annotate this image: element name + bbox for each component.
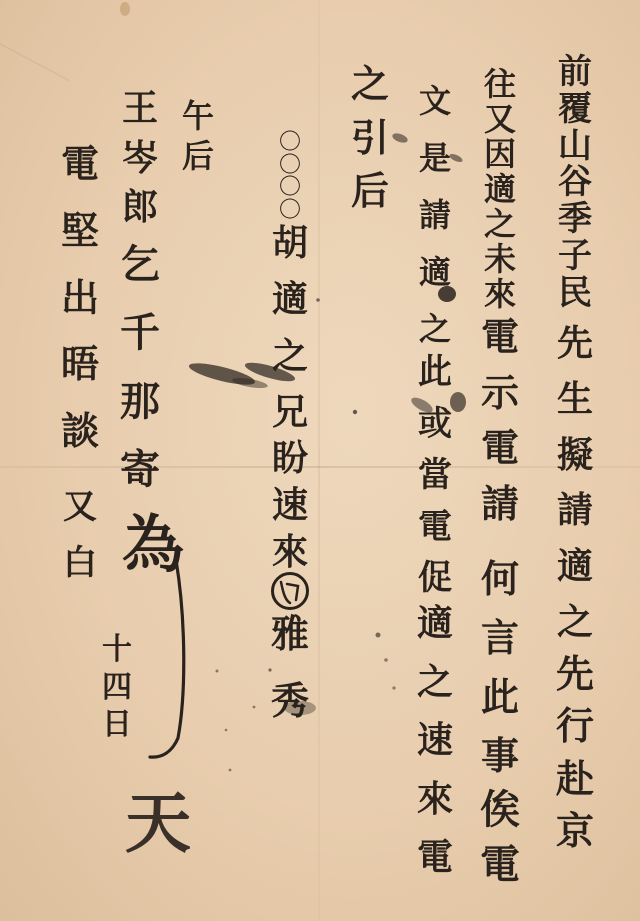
ink-speck — [353, 410, 357, 414]
ink-speck — [253, 706, 256, 709]
ink-speck — [384, 658, 388, 662]
column-5-segment-4: 雅秀 — [263, 615, 317, 720]
letter-date: 十四日 — [90, 635, 144, 740]
vertical-fold-crease — [318, 0, 320, 921]
column-1-segment-3: 先行赴京 — [548, 655, 602, 850]
column-2-segment-4: 俟電 — [473, 790, 527, 885]
ink-marks — [0, 0, 640, 921]
column-5-segment-3: 盼速來 — [263, 440, 317, 570]
letter-paper: 前覆山谷季子民 先生擬請適之 先行赴京 往又因適之未來 電示電請 何言此事 俟電… — [0, 0, 640, 921]
ink-speck — [376, 633, 381, 638]
circled-mark — [271, 572, 309, 610]
ink-speck — [392, 686, 395, 689]
column-3-segment-3: 適之速來電 — [408, 605, 462, 875]
column-1-segment-2: 先生擬請適之 — [548, 325, 602, 640]
ink-smear — [187, 359, 256, 389]
corner-crease — [0, 38, 70, 81]
column-5-placeholder-circles: 〇〇〇〇 — [263, 132, 317, 222]
column-2-segment-2: 電示電請 — [473, 318, 527, 523]
column-5-segment-2: 胡適之兄 — [263, 225, 317, 430]
column-6-segment-1: 午后 — [171, 100, 225, 172]
column-1-segment-1: 前覆山谷季子民 — [548, 55, 602, 310]
column-2-segment-1: 往又因適之未來 — [473, 68, 527, 310]
column-8-segment-2: 又白 — [53, 490, 107, 580]
column-3-segment-1: 文是請適之 — [408, 85, 462, 345]
paper-stain — [120, 2, 130, 16]
column-7-segment-2: 乞千那寄 — [113, 245, 167, 490]
column-7-segment-1: 王岑郎 — [113, 90, 167, 225]
ink-speck — [225, 729, 228, 732]
ink-speck — [229, 769, 232, 772]
column-3-segment-2: 此或當電促 — [408, 355, 462, 595]
column-2-segment-3: 何言此事 — [473, 560, 527, 775]
signature: 天 — [122, 788, 194, 858]
column-4-segment-1: 之引后 — [343, 65, 397, 210]
column-8-segment-1: 電堅出晤談 — [53, 145, 107, 450]
ink-speck — [216, 670, 219, 673]
horizontal-fold-crease — [0, 466, 640, 468]
column-7-segment-3: 為 — [118, 500, 188, 590]
